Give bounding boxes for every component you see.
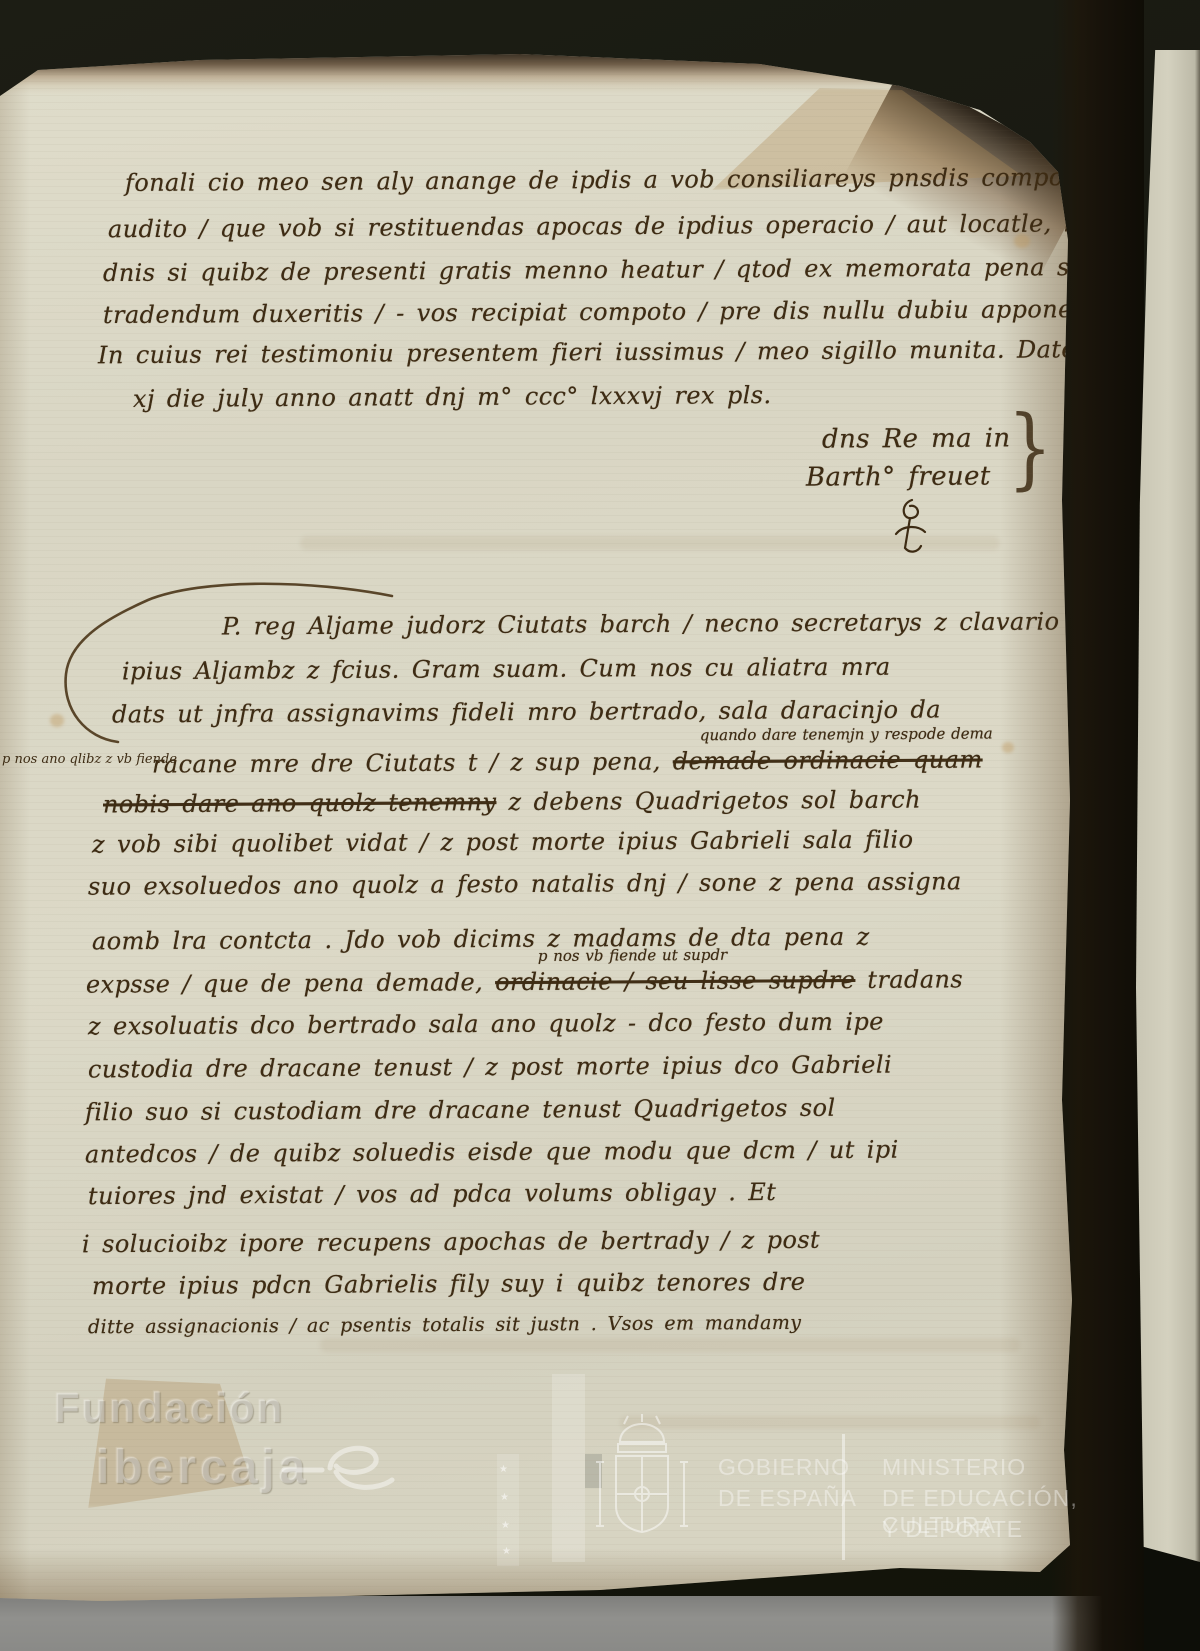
burnt-top-edge bbox=[0, 48, 1082, 94]
struck-text: nobis dare ano quolz tenemny bbox=[103, 788, 497, 818]
chancery-note: dns Re ma in bbox=[822, 423, 1011, 454]
manuscript-line: expsse / que de pena demade, ordinacie /… bbox=[86, 965, 963, 998]
eu-star-icon: ★ bbox=[501, 1520, 510, 1531]
paper-spot bbox=[1002, 742, 1014, 753]
page-shading bbox=[0, 60, 30, 1608]
ministry-wordmark-line3: Y DEPORTE bbox=[882, 1516, 1023, 1543]
manuscript-line: P. reg Aljame judorz Ciutats barch / nec… bbox=[222, 607, 1060, 640]
manuscript-line: z exsoluatis dco bertrado sala ano quolz… bbox=[88, 1008, 884, 1041]
eu-star-icon: ★ bbox=[499, 1464, 508, 1475]
manuscript-line: filio suo si custodiam dre dracane tenus… bbox=[85, 1094, 836, 1127]
table-surface bbox=[0, 1596, 1192, 1651]
government-wordmark-line1: GOBIERNO bbox=[718, 1454, 850, 1481]
manuscript-line: aomb lra contcta . Jdo vob dicims z mada… bbox=[92, 923, 870, 956]
manuscript-line: racane mre dre Ciutats t / z sup pena, d… bbox=[152, 745, 983, 778]
government-watermark: ★ ★ ★ ★ GOBIERNO DE ESPAÑA MINISTERIO DE… bbox=[490, 1368, 1170, 1578]
manuscript-line: custodia dre dracane tenust / z post mor… bbox=[88, 1051, 892, 1084]
closing-brace-icon: } bbox=[1008, 404, 1053, 492]
manuscript-page: fonali cio meo sen aly anange de ipdis a… bbox=[0, 0, 1082, 1608]
manuscript-line: dats ut jnfra assignavims fideli mro ber… bbox=[112, 695, 941, 728]
manuscript-line: suo exsoluedos ano quolz a festo natalis… bbox=[88, 867, 962, 900]
manuscript-line: tuiores jnd existat / vos ad pdca volums… bbox=[88, 1178, 776, 1210]
line-text: z debens Quadrigetos sol barch bbox=[496, 786, 921, 817]
struck-text: ordinacie / seu lisse supdre bbox=[495, 966, 855, 996]
watermark-divider bbox=[842, 1434, 845, 1560]
ink-bleedthrough bbox=[320, 1338, 1020, 1352]
eu-star-icon: ★ bbox=[500, 1492, 509, 1503]
manuscript-line: i solucioibz ipore recupens apochas de b… bbox=[82, 1226, 820, 1259]
ibercaja-watermark-line2: ibercaja bbox=[96, 1440, 309, 1495]
scribe-signature: Barth° freuet bbox=[806, 461, 991, 492]
manuscript-line: ditte assignacionis / ac psentis totalis… bbox=[88, 1312, 802, 1338]
government-wordmark-line2: DE ESPAÑA bbox=[718, 1485, 857, 1512]
underlying-page-edge bbox=[1136, 50, 1200, 1562]
ibercaja-logo-icon bbox=[280, 1434, 400, 1506]
ibercaja-watermark-line1: Fundación bbox=[54, 1384, 284, 1432]
manuscript-line: antedcos / de quibz soluedis eisde que m… bbox=[85, 1136, 899, 1169]
line-text: expsse / que de pena demade, bbox=[86, 968, 495, 998]
manuscript-line: ipius Aljambz z fcius. Gram suam. Cum no… bbox=[122, 653, 891, 686]
manuscript-line: xj die july anno anatt dnj m° ccc° lxxxv… bbox=[133, 381, 772, 413]
notary-paraph-icon bbox=[888, 496, 936, 558]
manuscript-photo: fonali cio meo sen aly anange de ipdis a… bbox=[0, 0, 1200, 1651]
manuscript-line: nobis dare ano quolz tenemny z debens Qu… bbox=[103, 786, 921, 819]
ministry-wordmark-line1: MINISTERIO bbox=[882, 1454, 1026, 1481]
manuscript-line: morte ipius pdcn Gabrielis fily suy i qu… bbox=[92, 1268, 805, 1300]
manuscript-line: dnis si quibz de presenti gratis menno h… bbox=[103, 253, 1102, 287]
manuscript-line: fonali cio meo sen aly anange de ipdis a… bbox=[125, 163, 1090, 197]
manuscript-line: tradendum duxeritis / - vos recipiat com… bbox=[103, 295, 1103, 329]
line-text: racane mre dre Ciutats t / z sup pena, bbox=[152, 747, 673, 778]
interlinear-insertion: quando dare tenemjn y respode dema bbox=[700, 724, 993, 744]
interlinear-insertion: p nos vb fiende ut supdr bbox=[538, 946, 727, 965]
margin-note: p nos ano qlibz z vb fiende bbox=[2, 752, 177, 767]
eu-star-icon: ★ bbox=[502, 1546, 511, 1557]
flag-ribbon bbox=[552, 1374, 585, 1562]
line-text: tradans bbox=[855, 965, 963, 994]
manuscript-line: z vob sibi quolibet vidat / z post morte… bbox=[92, 825, 914, 858]
struck-text: demade ordinacie quam bbox=[673, 745, 983, 775]
spain-coat-of-arms-icon bbox=[590, 1414, 695, 1554]
